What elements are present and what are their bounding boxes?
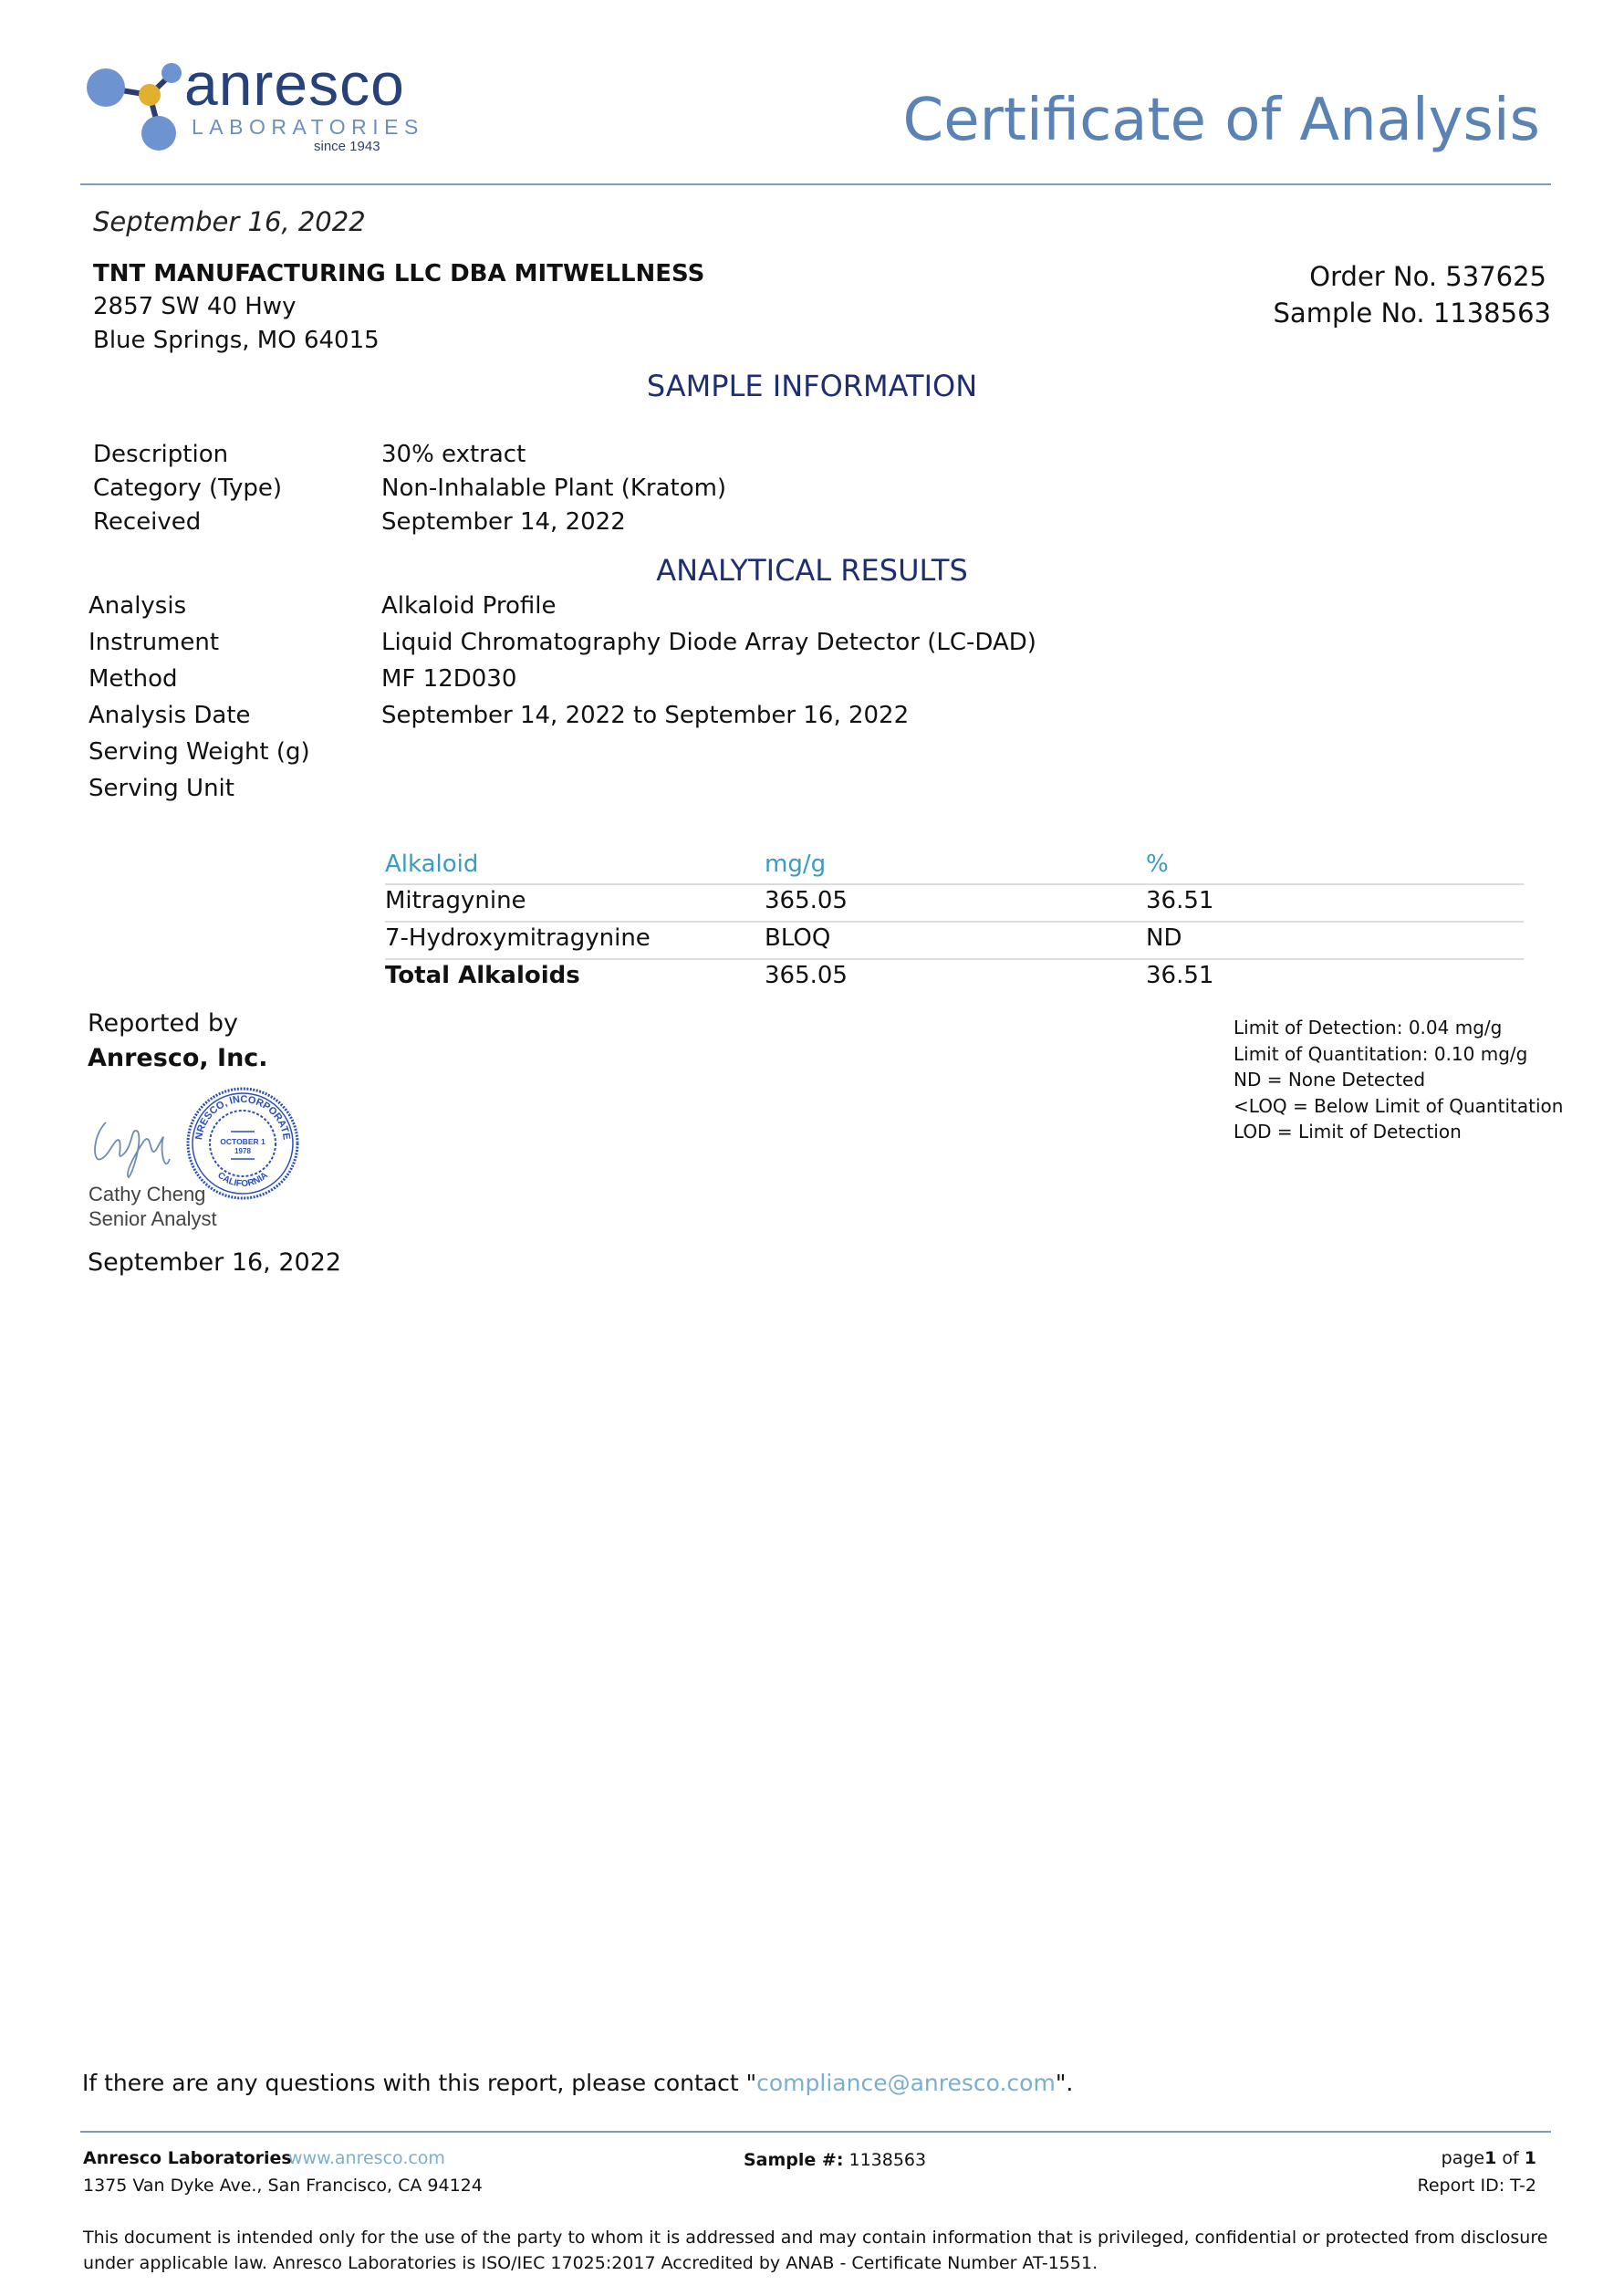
- report-date: September 16, 2022: [93, 206, 366, 237]
- analyst-name: Cathy Cheng: [88, 1183, 205, 1206]
- total-mg-per-g: 365.05: [765, 962, 848, 989]
- field-label: Instrument: [88, 629, 219, 656]
- note-below-loq: <LOQ = Below Limit of Quantitation: [1234, 1093, 1563, 1120]
- field-label: Received: [93, 508, 201, 536]
- detection-limit-notes: Limit of Detection: 0.04 mg/g Limit of Q…: [1234, 1015, 1563, 1145]
- note-nd: ND = None Detected: [1234, 1067, 1563, 1093]
- field-label: Analysis: [88, 592, 186, 620]
- reporter-company: Anresco, Inc.: [88, 1044, 268, 1072]
- alkaloid-percent: 36.51: [1146, 887, 1213, 914]
- table-total-row: Total Alkaloids 365.05 36.51: [385, 960, 1524, 996]
- field-label: Category (Type): [93, 475, 282, 502]
- contact-line: If there are any questions with this rep…: [82, 2070, 1073, 2096]
- footer-sample-number: Sample #: 1138563: [744, 2150, 926, 2170]
- field-value: 30% extract: [381, 441, 526, 468]
- page-current: 1: [1484, 2148, 1496, 2168]
- field-value: Alkaloid Profile: [381, 592, 557, 620]
- alkaloid-percent: ND: [1146, 924, 1182, 952]
- footer-divider: [80, 2131, 1551, 2133]
- note-lod: Limit of Detection: 0.04 mg/g: [1234, 1015, 1563, 1041]
- field-value: September 14, 2022: [381, 508, 626, 536]
- table-row: Mitragynine 365.05 36.51: [385, 885, 1524, 923]
- footer-website-link[interactable]: www.anresco.com: [288, 2148, 445, 2168]
- analyst-title: Senior Analyst: [88, 1207, 217, 1231]
- client-name: TNT MANUFACTURING LLC DBA MITWELLNESS: [93, 260, 704, 287]
- column-header-percent: %: [1146, 851, 1169, 878]
- field-value: MF 12D030: [381, 665, 516, 693]
- sample-information-heading: SAMPLE INFORMATION: [0, 369, 1624, 403]
- total-label: Total Alkaloids: [385, 962, 580, 989]
- footer-lab-name: Anresco Laboratories: [83, 2148, 292, 2168]
- logo-since: since 1943: [314, 139, 380, 154]
- compliance-email-link[interactable]: compliance@anresco.com: [756, 2070, 1056, 2096]
- footer-sample-label: Sample #:: [744, 2150, 843, 2170]
- alkaloid-name: Mitragynine: [385, 887, 526, 914]
- anresco-logo: anresco LABORATORIES since 1943: [84, 57, 431, 162]
- page-of: of: [1502, 2148, 1518, 2168]
- client-address-line1: 2857 SW 40 Hwy: [93, 293, 296, 320]
- field-value: Liquid Chromatography Diode Array Detect…: [381, 629, 1036, 656]
- alkaloid-mg-per-g: BLOQ: [765, 924, 830, 952]
- alkaloid-name: 7-Hydroxymitragynine: [385, 924, 651, 952]
- field-label: Description: [93, 441, 228, 468]
- column-header-alkaloid: Alkaloid: [385, 851, 478, 878]
- page-word: page: [1442, 2148, 1484, 2168]
- field-label: Analysis Date: [88, 702, 251, 729]
- field-value: September 14, 2022 to September 16, 2022: [381, 702, 909, 729]
- page-total: 1: [1525, 2148, 1536, 2168]
- page-indicator: page1 of 1: [1442, 2148, 1536, 2168]
- molecule-logo-icon: [84, 57, 193, 157]
- table-header-row: Alkaloid mg/g %: [385, 849, 1524, 885]
- svg-text:OCTOBER 1: OCTOBER 1: [220, 1137, 265, 1146]
- note-lod-definition: LOD = Limit of Detection: [1234, 1119, 1563, 1145]
- svg-text:1978: 1978: [234, 1147, 251, 1155]
- column-header-mg-per-g: mg/g: [765, 851, 826, 878]
- alkaloid-results-table: Alkaloid mg/g % Mitragynine 365.05 36.51…: [385, 849, 1524, 996]
- document-title: Certificate of Analysis: [903, 87, 1541, 154]
- reported-by-label: Reported by: [88, 1009, 238, 1038]
- table-row: 7-Hydroxymitragynine BLOQ ND: [385, 923, 1524, 960]
- contact-suffix: ".: [1056, 2070, 1073, 2096]
- field-value: Non-Inhalable Plant (Kratom): [381, 475, 726, 502]
- contact-prefix: If there are any questions with this rep…: [82, 2070, 756, 2096]
- field-label: Method: [88, 665, 178, 693]
- field-label: Serving Unit: [88, 775, 234, 802]
- signed-date: September 16, 2022: [88, 1248, 341, 1277]
- alkaloid-mg-per-g: 365.05: [765, 887, 848, 914]
- total-percent: 36.51: [1146, 962, 1213, 989]
- header-divider: [80, 183, 1551, 185]
- svg-text:CALIFORNIA: CALIFORNIA: [215, 1171, 270, 1190]
- analytical-results-heading: ANALYTICAL RESULTS: [0, 553, 1624, 588]
- order-number: Order No. 537625: [1309, 261, 1546, 292]
- report-id: Report ID: T-2: [1417, 2176, 1536, 2196]
- legal-disclaimer: This document is intended only for the u…: [83, 2225, 1561, 2276]
- note-loq: Limit of Quantitation: 0.10 mg/g: [1234, 1041, 1563, 1068]
- logo-subtitle: LABORATORIES: [192, 115, 424, 140]
- footer-address: 1375 Van Dyke Ave., San Francisco, CA 94…: [83, 2176, 483, 2196]
- footer-sample-value: 1138563: [848, 2150, 926, 2170]
- sample-number: Sample No. 1138563: [1274, 297, 1551, 329]
- logo-wordmark: anresco: [184, 49, 405, 119]
- field-label: Serving Weight (g): [88, 738, 310, 766]
- client-address-line2: Blue Springs, MO 64015: [93, 327, 380, 354]
